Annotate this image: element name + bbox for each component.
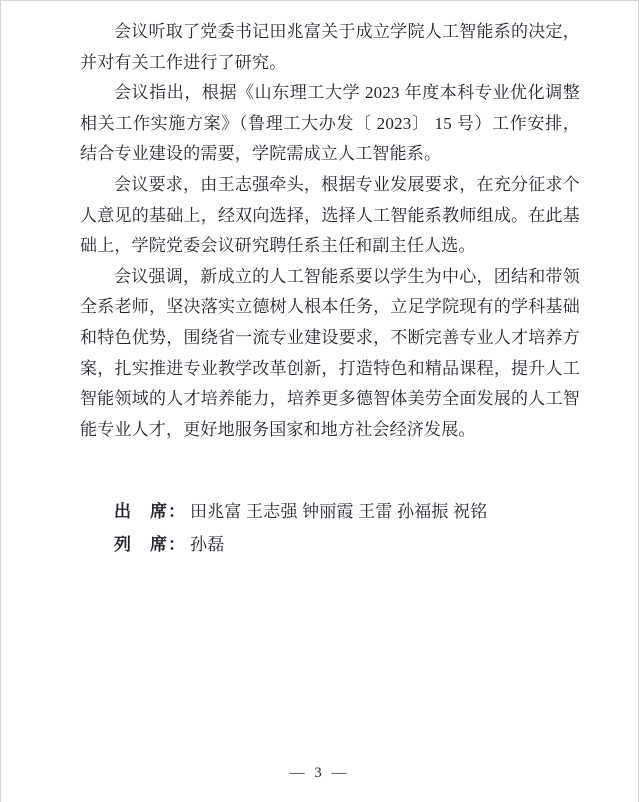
- attendance-names-present: 田兆富 王志强 钟丽霞 王雷 孙福振 祝铭: [190, 502, 487, 521]
- attendance-row-observers: 列 席：孙磊: [80, 528, 580, 561]
- page-number: — 3 —: [1, 765, 638, 782]
- paragraph-meeting-heard: 会议听取了党委书记田兆富关于成立学院人工智能系的决定，并对有关工作进行了研究。: [80, 17, 580, 78]
- paragraph-meeting-pointed-out: 会议指出，根据《山东理工大学 2023 年度本科专业优化调整相关工作实施方案》（…: [80, 78, 580, 170]
- attendance-label-present: 出 席：: [114, 502, 186, 521]
- attendance-label-observers: 列 席：: [114, 535, 186, 554]
- attendance-section: 出 席：田兆富 王志强 钟丽霞 王雷 孙福振 祝铭 列 席：孙磊: [80, 495, 580, 561]
- paragraph-meeting-required: 会议要求，由王志强牵头，根据专业发展要求，在充分征求个人意见的基础上，经双向选择…: [80, 170, 580, 262]
- document-page: 会议听取了党委书记田兆富关于成立学院人工智能系的决定，并对有关工作进行了研究。 …: [0, 0, 639, 802]
- document-body: 会议听取了党委书记田兆富关于成立学院人工智能系的决定，并对有关工作进行了研究。 …: [80, 17, 580, 561]
- paragraph-meeting-emphasized: 会议强调，新成立的人工智能系要以学生为中心，团结和带领全系老师，坚决落实立德树人…: [80, 262, 580, 446]
- attendance-row-present: 出 席：田兆富 王志强 钟丽霞 王雷 孙福振 祝铭: [80, 495, 580, 528]
- attendance-names-observers: 孙磊: [190, 535, 224, 554]
